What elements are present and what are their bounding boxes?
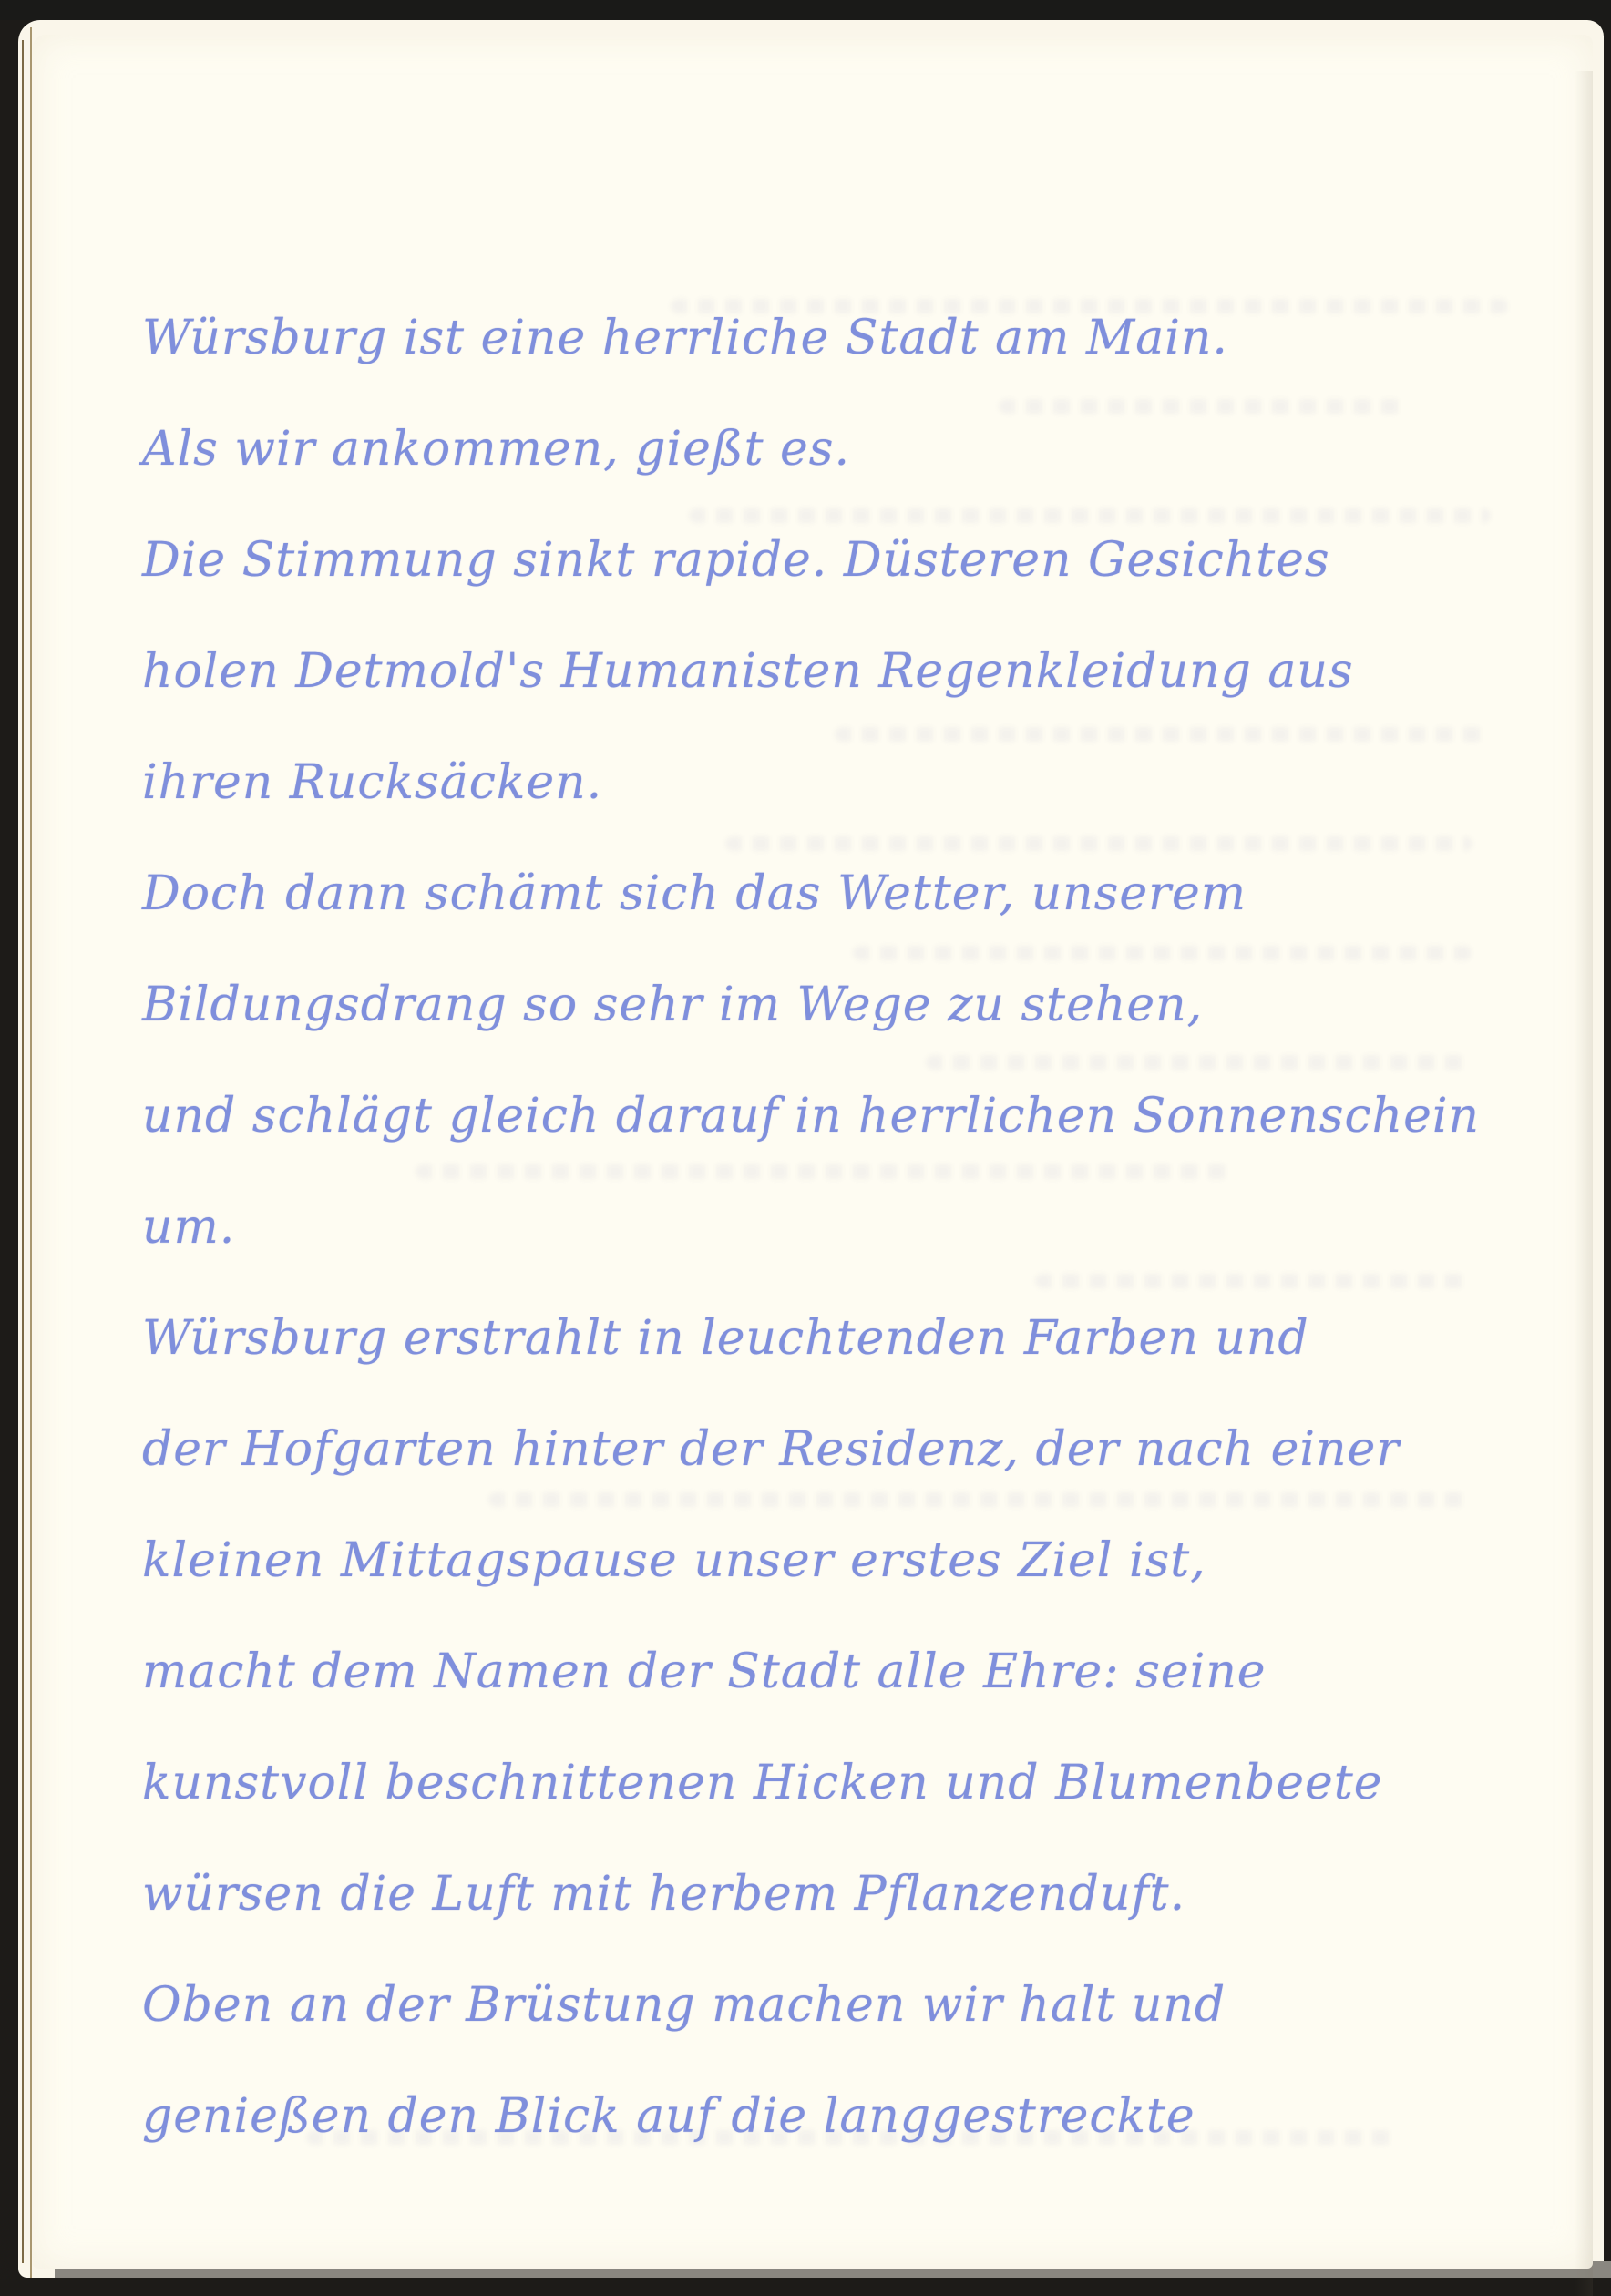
scanned-page: Würsburg ist eine herrliche Stadt am Mai…: [0, 0, 1611, 2296]
text-line: macht dem Namen der Stadt alle Ehre: sei…: [142, 1616, 1527, 1727]
text-line: um.: [142, 1172, 1527, 1283]
page-edge-line-inner: [30, 27, 32, 2278]
text-line: Würsburg erstrahlt in leuchtenden Farben…: [142, 1283, 1527, 1394]
text-line: Als wir ankommen, gießt es.: [142, 394, 1527, 505]
text-line: der Hofgarten hinter der Residenz, der n…: [142, 1394, 1527, 1505]
text-line: ihren Rucksäcken.: [142, 727, 1527, 838]
page-edge-line: [22, 40, 24, 2263]
text-line: würsen die Luft mit herbem Pflanzenduft.: [142, 1839, 1527, 1950]
text-line: kleinen Mittagspause unser erstes Ziel i…: [142, 1505, 1527, 1616]
text-line: Bildungsdrang so sehr im Wege zu stehen,: [142, 949, 1527, 1061]
text-line: genießen den Blick auf die langgestreckt…: [142, 2061, 1527, 2172]
page-right-edge-shadow: [1575, 71, 1593, 2296]
handwritten-page: Würsburg ist eine herrliche Stadt am Mai…: [33, 35, 1593, 2269]
scan-background-top: [0, 0, 1611, 20]
text-line: und schlägt gleich darauf in herrlichen …: [142, 1061, 1527, 1172]
text-line: Die Stimmung sinkt rapide. Düsteren Gesi…: [142, 505, 1527, 616]
text-line: kunstvoll beschnittenen Hicken und Blume…: [142, 1727, 1527, 1839]
handwritten-text: Würsburg ist eine herrliche Stadt am Mai…: [142, 282, 1527, 2172]
text-line: holen Detmold's Humanisten Regenkleidung…: [142, 616, 1527, 727]
text-line: Doch dann schämt sich das Wetter, unsere…: [142, 838, 1527, 949]
text-line: Würsburg ist eine herrliche Stadt am Mai…: [142, 282, 1527, 394]
text-line: Oben an der Brüstung machen wir halt und: [142, 1950, 1527, 2061]
